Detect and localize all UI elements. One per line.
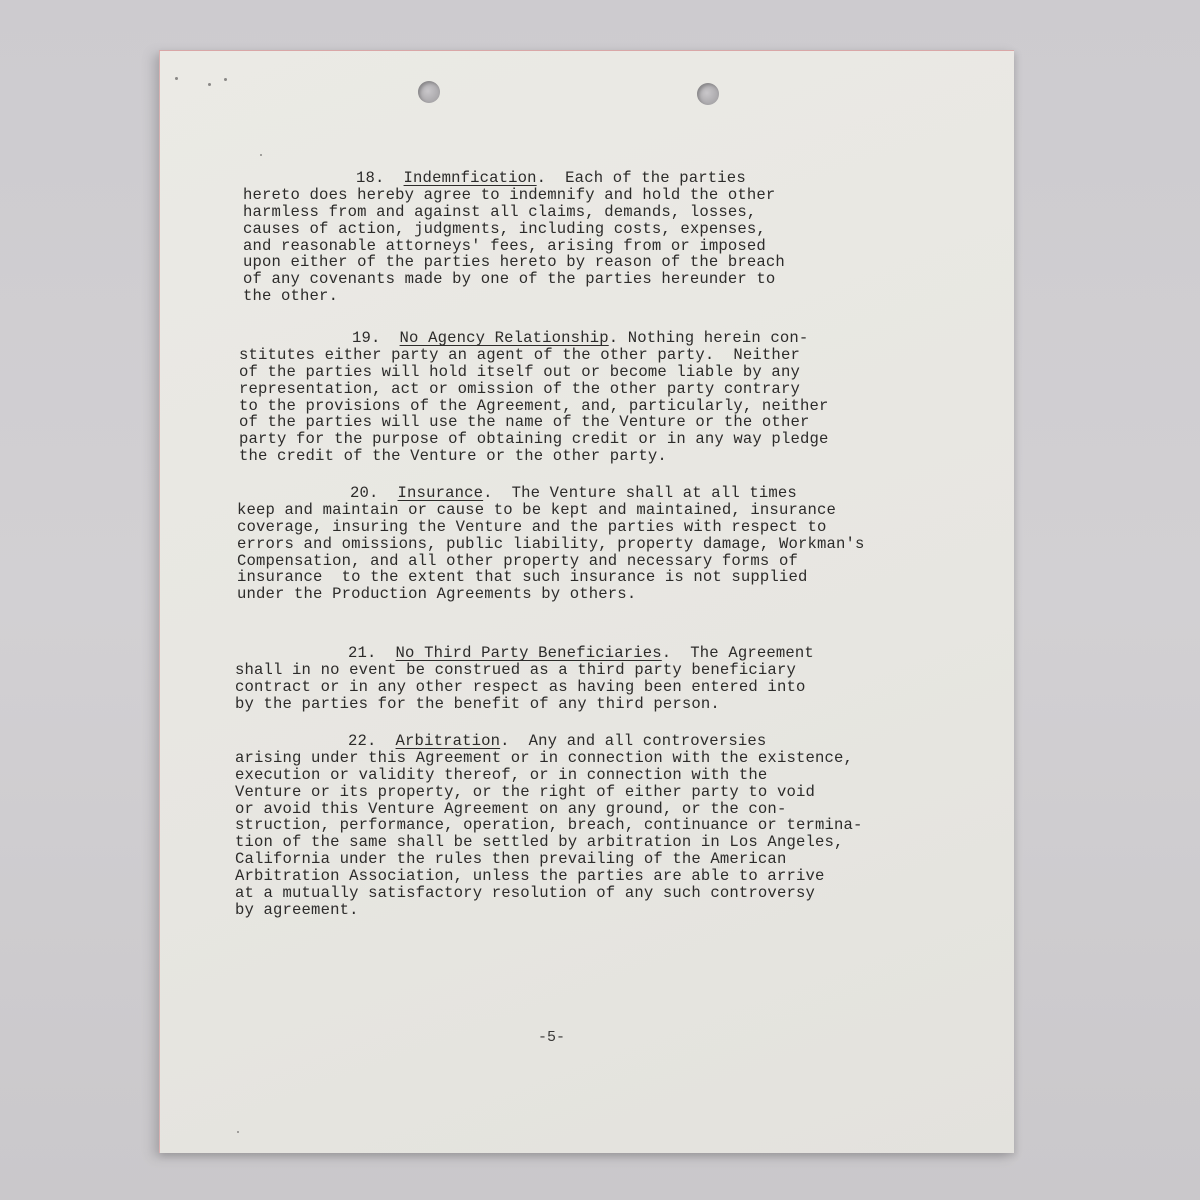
section-heading: No Third Party Beneficiaries (396, 644, 662, 662)
section-18: 18. Indemnfication. Each of the partiesh… (243, 171, 785, 306)
punch-hole-right (697, 83, 719, 105)
section-number: 21. (348, 644, 377, 662)
paper-speck (224, 78, 227, 81)
page-number: -5- (538, 1029, 565, 1046)
section-first-line-text: . Nothing herein con- (609, 329, 809, 347)
document-body: 18. Indemnfication. Each of the partiesh… (235, 171, 955, 281)
section-number: 18. (356, 169, 385, 187)
section-heading: No Agency Relationship (400, 329, 609, 347)
section-text-line: under the Production Agreements by other… (237, 587, 865, 604)
section-heading: Indemnfication (404, 169, 537, 187)
section-text-line: the other. (243, 289, 785, 306)
section-19: 19. No Agency Relationship. Nothing here… (239, 331, 828, 466)
section-heading: Arbitration (396, 732, 501, 750)
section-number: 19. (352, 329, 381, 347)
paper-speck (260, 154, 262, 156)
paper-speck (175, 77, 178, 80)
section-text-line: by the parties for the benefit of any th… (235, 697, 814, 714)
section-20: 20. Insurance. The Venture shall at all … (237, 486, 865, 604)
paper-speck (208, 83, 211, 86)
section-heading: Insurance (398, 484, 484, 502)
section-22: 22. Arbitration. Any and all controversi… (235, 734, 863, 920)
paper-speck (237, 1131, 239, 1133)
section-first-line-text: . The Venture shall at all times (483, 484, 797, 502)
section-21: 21. No Third Party Beneficiaries. The Ag… (235, 646, 814, 714)
punch-hole-left (418, 81, 440, 103)
section-first-line-text: . Any and all controversies (500, 732, 766, 750)
section-first-line-text: . Each of the parties (537, 169, 746, 187)
section-first-line-text: . The Agreement (662, 644, 814, 662)
section-number: 22. (348, 732, 377, 750)
section-text-line: by agreement. (235, 903, 863, 920)
section-number: 20. (350, 484, 379, 502)
section-text-line: the credit of the Venture or the other p… (239, 449, 828, 466)
document-page: 18. Indemnfication. Each of the partiesh… (159, 50, 1014, 1153)
